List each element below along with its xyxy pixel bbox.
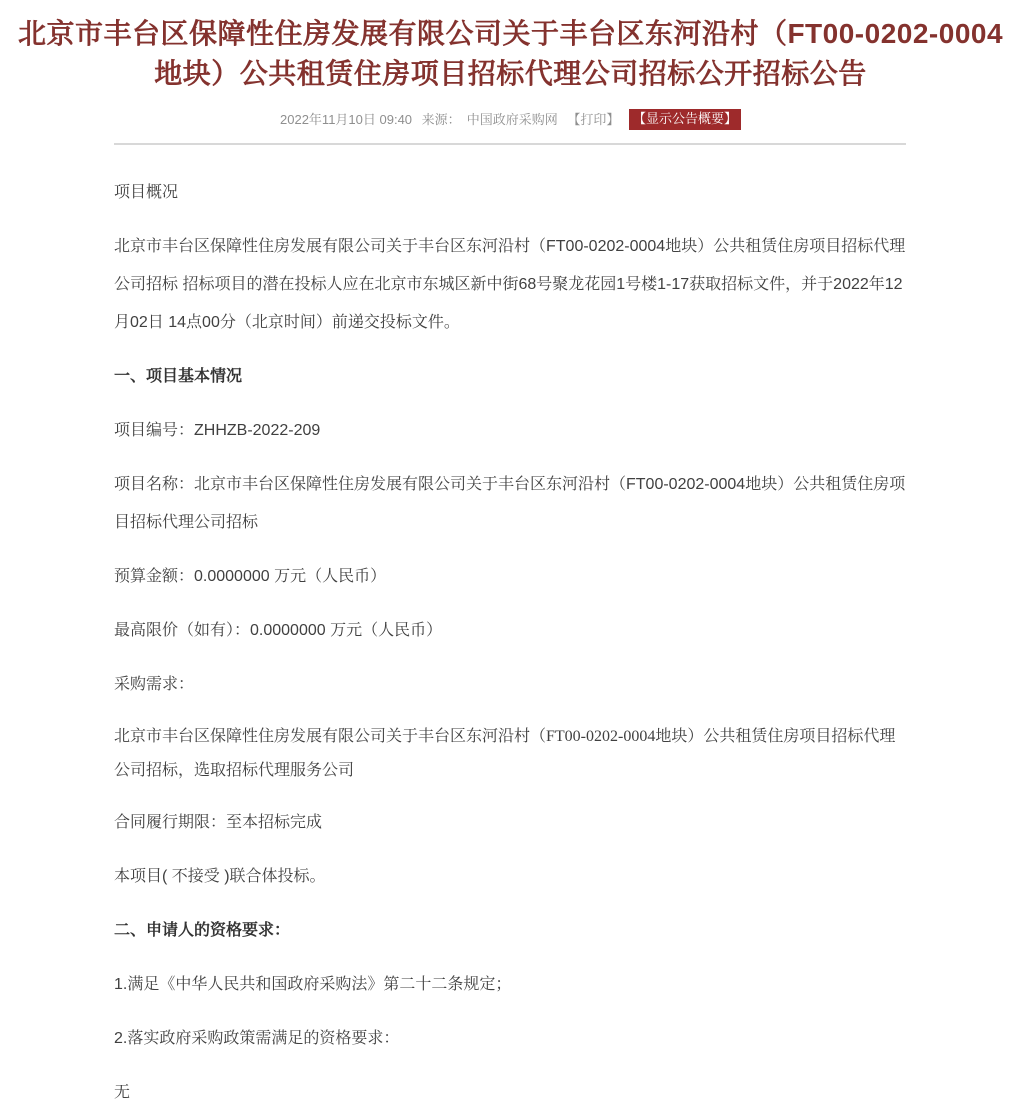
- print-button[interactable]: 【打印】: [567, 112, 619, 127]
- max-price-limit: 最高限价（如有）：0.0000000 万元（人民币）: [114, 612, 906, 650]
- source-name: 中国政府采购网: [467, 112, 558, 127]
- show-summary-button[interactable]: 【显示公告概要】: [629, 109, 741, 130]
- announcement-content: 项目概况 北京市丰台区保障性住房发展有限公司关于丰台区东河沿村（FT00-020…: [114, 143, 906, 1105]
- contract-period: 合同履行期限：至本招标完成: [114, 804, 906, 842]
- procurement-requirement-text: 北京市丰台区保障性住房发展有限公司关于丰台区东河沿村（FT00-0202-000…: [114, 720, 906, 788]
- meta-bar: 2022年11月10日 09:40 来源：中国政府采购网 【打印】 【显示公告概…: [0, 109, 1021, 130]
- source-label: 来源：: [422, 112, 461, 127]
- procurement-requirement-label: 采购需求：: [114, 666, 906, 704]
- project-number: 项目编号：ZHHZB-2022-209: [114, 412, 906, 450]
- consortium-bidding-note: 本项目( 不接受 )联合体投标。: [114, 858, 906, 896]
- project-name: 项目名称：北京市丰台区保障性住房发展有限公司关于丰台区东河沿村（FT00-020…: [114, 466, 906, 542]
- qualification-item-2: 2.落实政府采购政策需满足的资格要求：: [114, 1020, 906, 1058]
- page-title: 北京市丰台区保障性住房发展有限公司关于丰台区东河沿村（FT00-0202-000…: [0, 0, 1021, 94]
- qualification-item-1: 1.满足《中华人民共和国政府采购法》第二十二条规定；: [114, 966, 906, 1004]
- announcement-page: 北京市丰台区保障性住房发展有限公司关于丰台区东河沿村（FT00-0202-000…: [0, 0, 1021, 1105]
- project-overview-text: 北京市丰台区保障性住房发展有限公司关于丰台区东河沿村（FT00-0202-000…: [114, 228, 906, 342]
- budget-amount: 预算金额：0.0000000 万元（人民币）: [114, 558, 906, 596]
- qualification-none: 无: [114, 1074, 906, 1105]
- project-overview-label: 项目概况: [114, 174, 906, 212]
- publish-datetime: 2022年11月10日 09:40: [280, 112, 412, 127]
- section-1-heading: 一、项目基本情况: [114, 358, 906, 396]
- section-2-heading: 二、申请人的资格要求：: [114, 912, 906, 950]
